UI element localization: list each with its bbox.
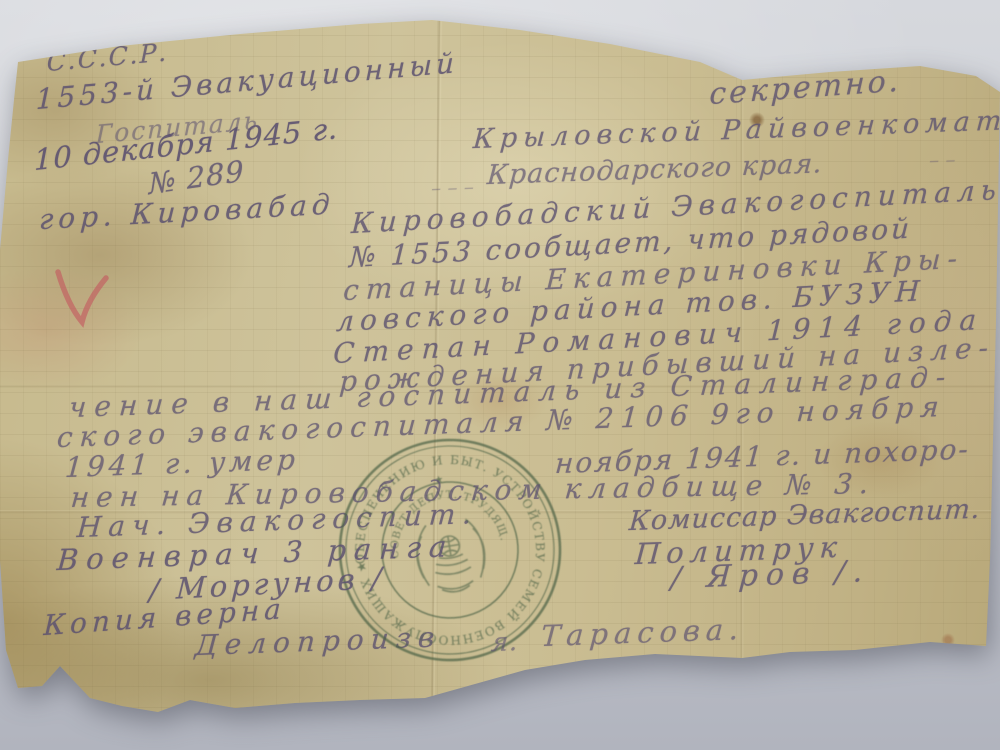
clerk-fragment: я.: [490, 629, 519, 656]
signature-right: / Яров /.: [670, 557, 872, 594]
clerk-signature: Тарасова.: [540, 615, 745, 651]
paper-shadow: С.С.С.Р.1553-й ЭвакуационныйГоспиталь10 …: [0, 0, 1000, 750]
city-line: гор. Кировабад: [39, 191, 336, 235]
ussr-abbrev: С.С.С.Р.: [47, 39, 169, 75]
document-paper: С.С.С.Р.1553-й ЭвакуационныйГоспиталь10 …: [0, 0, 1000, 750]
addressee-2: Краснодарского края.: [486, 150, 824, 189]
red-pencil-checkmark-icon: [48, 264, 118, 336]
dash-marks-2: – –: [929, 149, 957, 170]
photo-of-document: С.С.С.Р.1553-й ЭвакуационныйГоспиталь10 …: [0, 0, 1000, 750]
dash-marks-1: – – –: [431, 177, 475, 199]
secrecy-mark: секретно.: [709, 67, 902, 111]
addressee-1: Крыловской Райвоенкомат: [472, 107, 1000, 153]
